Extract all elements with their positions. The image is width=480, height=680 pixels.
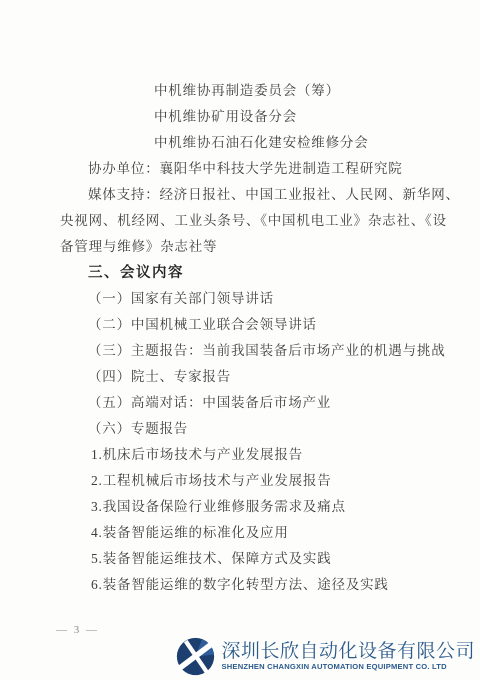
co-organizer-label: 协办单位： [88,161,160,176]
agenda-item: （一）国家有关部门领导讲话 [60,286,460,312]
agenda-item: （六）专题报告 [60,416,460,442]
media-support-label: 媒体支持： [88,187,160,202]
co-organizer-value: 襄阳华中科技大学先进制造工程研究院 [160,161,403,176]
media-support-value: 经济日报社、中国工业报社、人民网、新华网、 [160,187,460,202]
topic-report-item: 2.工程机械后市场技术与产业发展报告 [60,468,460,494]
topic-report-item: 1.机床后市场技术与产业发展报告 [60,442,460,468]
topic-report-item: 6.装备智能运维的数字化转型方法、途径及实践 [60,572,460,598]
page-number: — 3 — [56,624,99,636]
document-body: 中机维协再制造委员会（筹） 中机维协矿用设备分会 中机维协石油石化建安检维修分会… [60,78,460,598]
media-support-line: 媒体支持：经济日报社、中国工业报社、人民网、新华网、 [60,182,460,208]
co-organizer-line: 协办单位：襄阳华中科技大学先进制造工程研究院 [60,156,460,182]
org-line: 中机维协石油石化建安检维修分会 [60,130,460,156]
company-name-cn: 深圳长欣自动化设备有限公司 [221,642,475,661]
company-name-block: 深圳长欣自动化设备有限公司 SHENZHEN CHANGXIN AUTOMATI… [221,642,475,671]
company-watermark: 深圳长欣自动化设备有限公司 SHENZHEN CHANGXIN AUTOMATI… [175,636,475,677]
media-support-continuation: 备管理与维修》杂志社等 [60,234,460,260]
topic-report-item: 3.我国设备保险行业维修服务需求及痛点 [60,494,460,520]
company-logo-icon [175,636,216,677]
agenda-item: （五）高端对话：中国装备后市场产业 [60,390,460,416]
media-support-continuation: 央视网、机经网、工业头条号、《中国机电工业》杂志社、《设 [60,208,460,234]
topic-report-item: 4.装备智能运维的标准化及应用 [60,520,460,546]
document-page: 中机维协再制造委员会（筹） 中机维协矿用设备分会 中机维协石油石化建安检维修分会… [0,0,480,680]
agenda-item: （四）院士、专家报告 [60,364,460,390]
company-name-en: SHENZHEN CHANGXIN AUTOMATION EQUIPMENT C… [221,663,475,671]
agenda-item: （二）中国机械工业联合会领导讲话 [60,312,460,338]
org-line: 中机维协矿用设备分会 [60,104,460,130]
org-line: 中机维协再制造委员会（筹） [60,78,460,104]
section-heading: 三、会议内容 [60,260,460,286]
topic-report-item: 5.装备智能运维技术、保障方式及实践 [60,546,460,572]
agenda-item: （三）主题报告：当前我国装备后市场产业的机遇与挑战 [60,338,460,364]
